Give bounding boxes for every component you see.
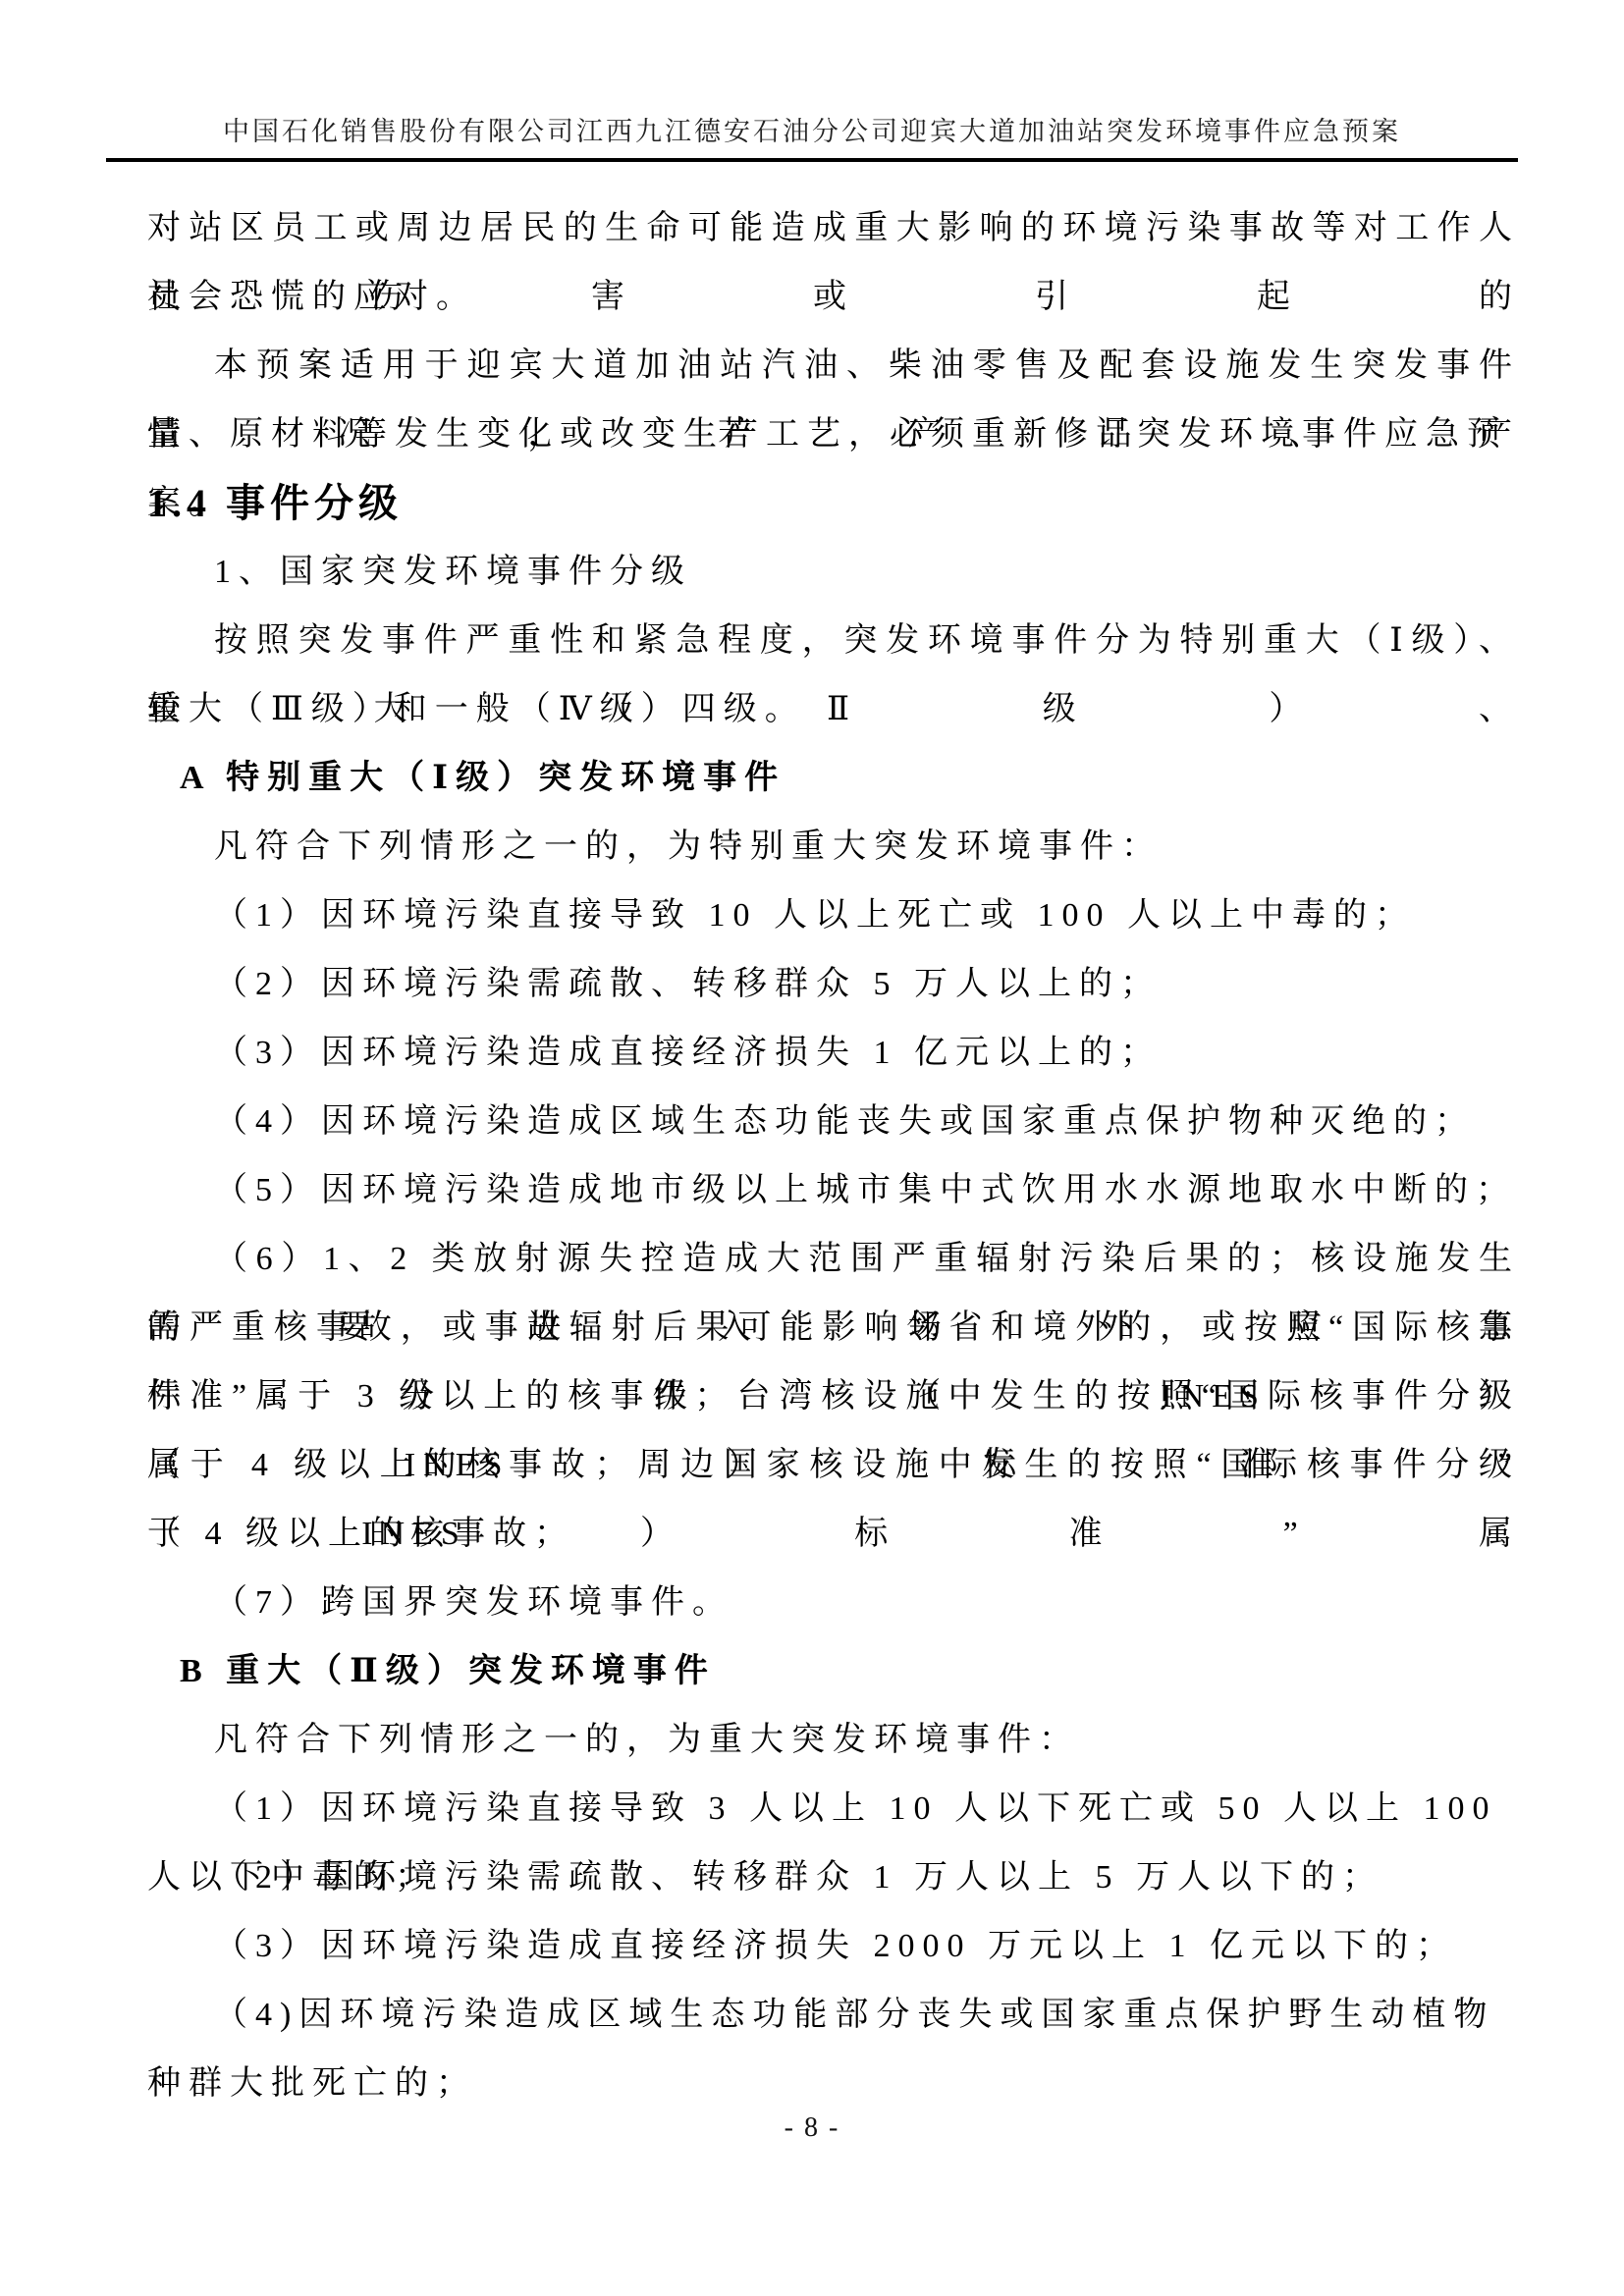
intro-level-1-criteria: 凡符合下列情形之一的，为特别重大突发环境事件： [147,813,1520,881]
item-level1-7: （7）跨国界突发环境事件。 [147,1569,1520,1637]
item-level2-3: （3）因环境污染造成直接经济损失 2000 万元以上 1 亿元以下的； [147,1912,1520,1981]
para-continuation-line-1: 对站区员工或周边居民的生命可能造成重大影响的环境污染事故等对工作人员伤害或引起的 [147,194,1520,263]
section-heading-1-4: 1.4 事件分级 [147,469,1520,538]
page-number: - 8 - [0,2094,1624,2163]
item-level1-6-line-4: 属于 4 级以上的核事故；周边国家核设施中发生的按照“国际核事件分级（INES）… [147,1431,1520,1500]
heading-level-2-major: B 重大（Ⅱ级）突发环境事件 [147,1637,1520,1706]
item-level1-6-line-3: 标准”属于 3 级以上的核事件；台湾核设施中发生的按照“国际核事件分级（INES… [147,1362,1520,1431]
document-body: 对站区员工或周边居民的生命可能造成重大影响的环境污染事故等对工作人员伤害或引起的… [147,194,1520,2050]
item-level1-3: （3）因环境污染造成直接经济损失 1 亿元以上的； [147,1019,1520,1088]
intro-level-2-criteria: 凡符合下列情形之一的，为重大突发环境事件： [147,1706,1520,1775]
item-level2-4: （4)因环境污染造成区域生态功能部分丧失或国家重点保护野生动植物种群大批死亡的； [147,1981,1520,2050]
item-level1-1: （1）因环境污染直接导致 10 人以上死亡或 100 人以上中毒的； [147,881,1520,950]
item-level1-2: （2）因环境污染需疏散、转移群众 5 万人以上的； [147,950,1520,1019]
item-level2-2: （2）因环境污染需疏散、转移群众 1 万人以上 5 万人以下的； [147,1843,1520,1912]
item-level2-1: （1）因环境污染直接导致 3 人以上 10 人以下死亡或 50 人以上 100 … [147,1775,1520,1843]
page-header-title: 中国石化销售股份有限公司江西九江德安石油分公司迎宾大道加油站突发环境事件应急预案 [106,110,1518,153]
heading-level-1-special-major: A 特别重大（Ⅰ级）突发环境事件 [147,744,1520,813]
para-classification-line-1: 按照突发事件严重性和紧急程度，突发环境事件分为特别重大（Ⅰ级）、重大（Ⅱ级）、 [147,607,1520,675]
item-level1-5: （5）因环境污染造成地市级以上城市集中式饮用水水源地取水中断的； [147,1156,1520,1225]
subheading-national-classification: 1、国家突发环境事件分级 [147,538,1520,607]
document-page: 中国石化销售股份有限公司江西九江德安石油分公司迎宾大道加油站突发环境事件应急预案… [0,0,1624,2296]
header-rule [106,158,1518,162]
item-level1-4: （4）因环境污染造成区域生态功能丧失或国家重点保护物种灭绝的； [147,1088,1520,1156]
item-level1-6-line-2: 的严重核事故，或事故辐射后果可能影响邻省和境外的，或按照“国际核事件分级（INE… [147,1294,1520,1362]
para-scope-line-1: 本预案适用于迎宾大道加油站汽油、柴油零售及配套设施发生突发事件情况，若产品、产 [147,332,1520,400]
para-scope-line-2: 量、原材料等发生变化或改变生产工艺，必须重新修订突发环境事件应急预案。 [147,400,1520,469]
item-level1-6-line-1: （6）1、2 类放射源失控造成大范围严重辐射污染后果的；核设施发生需要进入场外应… [147,1225,1520,1294]
